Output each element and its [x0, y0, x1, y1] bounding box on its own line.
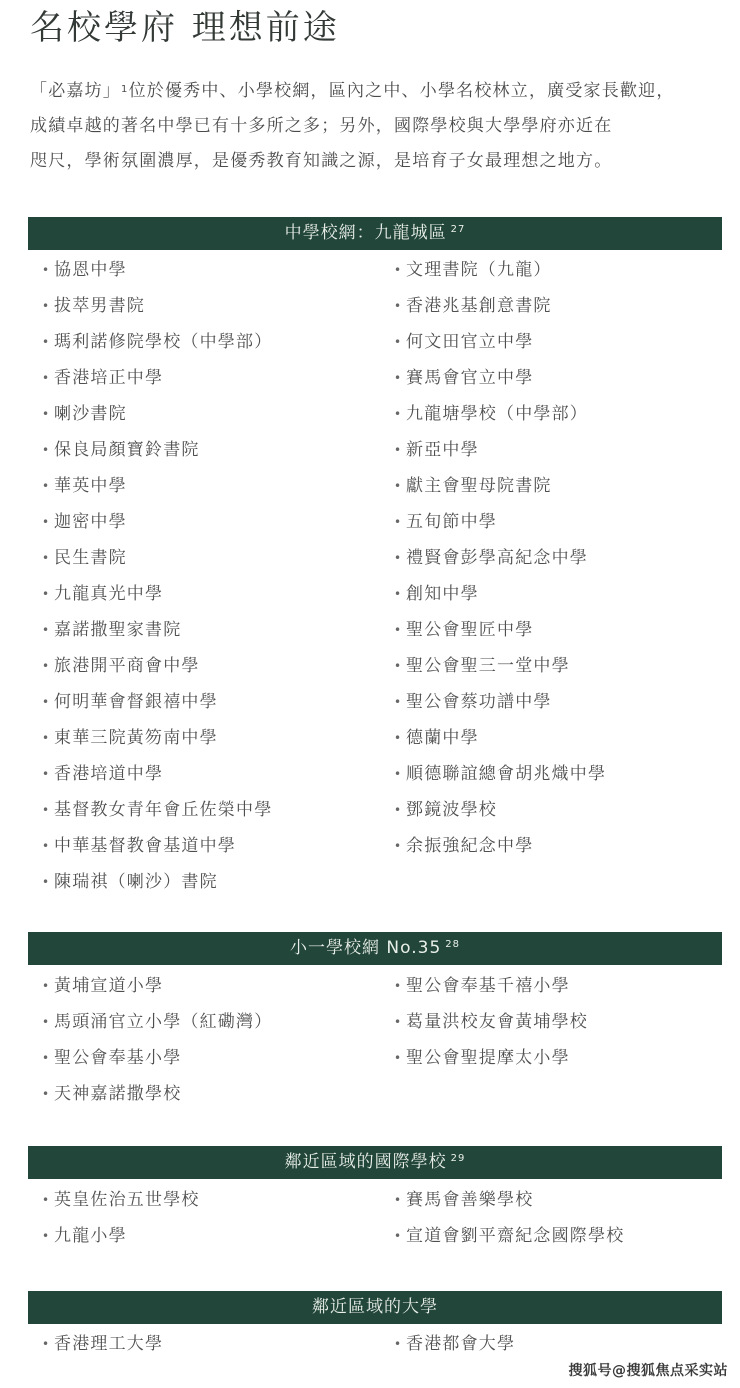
section-title: 中學校網：九龍城區	[285, 223, 447, 243]
bullet-icon: •	[42, 684, 54, 720]
list-item: •禮賢會彭學高紀念中學	[394, 540, 588, 576]
list-item: •馬頭涌官立小學（紅磡灣）	[42, 1004, 272, 1040]
list-item: •香港培道中學	[42, 756, 163, 792]
bullet-icon: •	[394, 828, 406, 864]
list-item: •英皇佐治五世學校	[42, 1182, 200, 1218]
school-name: 馬頭涌官立小學（紅磡灣）	[54, 1012, 272, 1032]
intro-paragraph: 「必嘉坊」1位於優秀中、小學校網，區內之中、小學名校林立，廣受家長歡迎， 成績卓…	[30, 74, 730, 179]
list-item: •華英中學	[42, 468, 127, 504]
school-name: 迦密中學	[54, 512, 127, 532]
list-item: •瑪利諾修院學校（中學部）	[42, 324, 272, 360]
bullet-icon: •	[394, 1040, 406, 1076]
list-item: •保良局顏寶鈴書院	[42, 432, 200, 468]
school-name: 聖公會奉基小學	[54, 1048, 181, 1068]
list-item: •民生書院	[42, 540, 127, 576]
list-item: •香港培正中學	[42, 360, 163, 396]
school-name: 賽馬會善樂學校	[406, 1190, 533, 1210]
bullet-icon: •	[42, 1040, 54, 1076]
section-header-secondary-schools: 中學校網：九龍城區27	[28, 217, 722, 250]
list-item: •黃埔宣道小學	[42, 968, 163, 1004]
bullet-icon: •	[394, 968, 406, 1004]
footnote-ref: 28	[445, 939, 460, 950]
bullet-icon: •	[394, 540, 406, 576]
school-name: 聖公會聖提摩太小學	[406, 1048, 570, 1068]
bullet-icon: •	[394, 792, 406, 828]
list-item: •賽馬會官立中學	[394, 360, 533, 396]
bullet-icon: •	[42, 504, 54, 540]
school-name: 拔萃男書院	[54, 296, 145, 316]
list-item: •嘉諾撒聖家書院	[42, 612, 181, 648]
intro-line-1: 「必嘉坊」1位於優秀中、小學校網，區內之中、小學名校林立，廣受家長歡迎，	[30, 74, 730, 109]
school-name: 新亞中學	[406, 440, 479, 460]
list-item: •喇沙書院	[42, 396, 127, 432]
bullet-icon: •	[394, 432, 406, 468]
list-item: •聖公會蔡功譜中學	[394, 684, 552, 720]
bullet-icon: •	[42, 468, 54, 504]
school-name: 順德聯誼總會胡兆熾中學	[406, 764, 606, 784]
school-name: 宣道會劉平齋紀念國際學校	[406, 1226, 624, 1246]
bullet-icon: •	[394, 396, 406, 432]
school-name: 瑪利諾修院學校（中學部）	[54, 332, 272, 352]
bullet-icon: •	[394, 720, 406, 756]
list-item: •天神嘉諾撒學校	[42, 1076, 181, 1112]
school-name: 德蘭中學	[406, 728, 479, 748]
bullet-icon: •	[42, 540, 54, 576]
bullet-icon: •	[394, 504, 406, 540]
school-name: 余振強紀念中學	[406, 836, 533, 856]
bullet-icon: •	[42, 720, 54, 756]
footnote-ref: 27	[451, 224, 466, 235]
watermark: 搜狐号@搜狐焦点采实站	[569, 1360, 729, 1380]
section-title: 鄰近區域的大學	[312, 1297, 438, 1317]
list-item: •順德聯誼總會胡兆熾中學	[394, 756, 606, 792]
school-name: 何文田官立中學	[406, 332, 533, 352]
school-name: 民生書院	[54, 548, 127, 568]
list-item: •迦密中學	[42, 504, 127, 540]
bullet-icon: •	[42, 968, 54, 1004]
school-name: 獻主會聖母院書院	[406, 476, 552, 496]
list-item: •創知中學	[394, 576, 479, 612]
bullet-icon: •	[42, 396, 54, 432]
list-item: •賽馬會善樂學校	[394, 1182, 533, 1218]
school-name: 創知中學	[406, 584, 479, 604]
bullet-icon: •	[42, 1076, 54, 1112]
school-name: 保良局顏寶鈴書院	[54, 440, 200, 460]
list-item: •香港理工大學	[42, 1326, 163, 1362]
school-name: 九龍真光中學	[54, 584, 163, 604]
bullet-icon: •	[42, 756, 54, 792]
bullet-icon: •	[42, 1182, 54, 1218]
bullet-icon: •	[394, 1182, 406, 1218]
school-name: 天神嘉諾撒學校	[54, 1084, 181, 1104]
bullet-icon: •	[42, 576, 54, 612]
bullet-icon: •	[42, 648, 54, 684]
school-name: 葛量洪校友會黃埔學校	[406, 1012, 588, 1032]
bullet-icon: •	[394, 576, 406, 612]
section-header-primary-schools: 小一學校網 No.3528	[28, 932, 722, 965]
bullet-icon: •	[394, 360, 406, 396]
school-name: 九龍塘學校（中學部）	[406, 404, 588, 424]
school-name: 中華基督教會基道中學	[54, 836, 236, 856]
intro-line-2: 成績卓越的著名中學已有十多所之多；另外，國際學校與大學學府亦近在	[30, 109, 730, 144]
list-item: •新亞中學	[394, 432, 479, 468]
list-item: •聖公會奉基千禧小學	[394, 968, 570, 1004]
list-item: •香港都會大學	[394, 1326, 515, 1362]
list-item: •基督教女青年會丘佐榮中學	[42, 792, 272, 828]
bullet-icon: •	[394, 1004, 406, 1040]
bullet-icon: •	[42, 432, 54, 468]
list-item: •九龍真光中學	[42, 576, 163, 612]
bullet-icon: •	[42, 828, 54, 864]
list-item: •何明華會督銀禧中學	[42, 684, 218, 720]
school-name: 文理書院（九龍）	[406, 260, 552, 280]
school-name: 香港培正中學	[54, 368, 163, 388]
bullet-icon: •	[394, 1326, 406, 1362]
list-item: •九龍小學	[42, 1218, 127, 1254]
list-item: •香港兆基創意書院	[394, 288, 552, 324]
bullet-icon: •	[42, 864, 54, 900]
school-name: 五旬節中學	[406, 512, 497, 532]
bullet-icon: •	[394, 612, 406, 648]
list-item: •何文田官立中學	[394, 324, 533, 360]
list-item: •中華基督教會基道中學	[42, 828, 236, 864]
list-item: •拔萃男書院	[42, 288, 145, 324]
bullet-icon: •	[42, 360, 54, 396]
list-item: •協恩中學	[42, 252, 127, 288]
intro-text: 位於優秀中、小學校網，區內之中、小學名校林立，廣受家長歡迎，	[129, 81, 675, 101]
school-name: 香港理工大學	[54, 1334, 163, 1354]
list-item: •九龍塘學校（中學部）	[394, 396, 588, 432]
intro-line-3: 咫尺，學術氛圍濃厚，是優秀教育知識之源，是培育子女最理想之地方。	[30, 144, 730, 179]
bullet-icon: •	[42, 1004, 54, 1040]
school-name: 陳瑞祺（喇沙）書院	[54, 872, 218, 892]
section-header-universities: 鄰近區域的大學	[28, 1291, 722, 1324]
school-name: 香港都會大學	[406, 1334, 515, 1354]
section-title: 小一學校網 No.35	[290, 938, 441, 958]
list-item: •文理書院（九龍）	[394, 252, 552, 288]
school-name: 東華三院黃笏南中學	[54, 728, 218, 748]
project-name: 「必嘉坊」	[30, 81, 121, 101]
list-item: •聖公會奉基小學	[42, 1040, 181, 1076]
school-name: 旅港開平商會中學	[54, 656, 200, 676]
list-item: •德蘭中學	[394, 720, 479, 756]
list-item: •五旬節中學	[394, 504, 497, 540]
bullet-icon: •	[42, 288, 54, 324]
list-item: •葛量洪校友會黃埔學校	[394, 1004, 588, 1040]
school-name: 聖公會聖三一堂中學	[406, 656, 570, 676]
bullet-icon: •	[394, 756, 406, 792]
footnote-ref: 1	[121, 84, 129, 95]
school-name: 何明華會督銀禧中學	[54, 692, 218, 712]
list-item: •余振強紀念中學	[394, 828, 533, 864]
school-name: 賽馬會官立中學	[406, 368, 533, 388]
school-name: 香港培道中學	[54, 764, 163, 784]
bullet-icon: •	[42, 252, 54, 288]
bullet-icon: •	[42, 1326, 54, 1362]
school-name: 喇沙書院	[54, 404, 127, 424]
page-title: 名校學府 理想前途	[30, 6, 340, 50]
list-item: •鄧鏡波學校	[394, 792, 497, 828]
bullet-icon: •	[394, 468, 406, 504]
list-item: •聖公會聖提摩太小學	[394, 1040, 570, 1076]
school-name: 九龍小學	[54, 1226, 127, 1246]
school-name: 鄧鏡波學校	[406, 800, 497, 820]
school-name: 禮賢會彭學高紀念中學	[406, 548, 588, 568]
list-item: •旅港開平商會中學	[42, 648, 200, 684]
list-item: •東華三院黃笏南中學	[42, 720, 218, 756]
section-title: 鄰近區域的國際學校	[285, 1152, 447, 1172]
bullet-icon: •	[394, 252, 406, 288]
footnote-ref: 29	[451, 1153, 466, 1164]
school-name: 華英中學	[54, 476, 127, 496]
list-item: •獻主會聖母院書院	[394, 468, 552, 504]
bullet-icon: •	[394, 648, 406, 684]
section-header-international-schools: 鄰近區域的國際學校29	[28, 1146, 722, 1179]
bullet-icon: •	[394, 324, 406, 360]
bullet-icon: •	[42, 612, 54, 648]
bullet-icon: •	[42, 1218, 54, 1254]
school-name: 基督教女青年會丘佐榮中學	[54, 800, 272, 820]
school-name: 嘉諾撒聖家書院	[54, 620, 181, 640]
bullet-icon: •	[394, 1218, 406, 1254]
list-item: •陳瑞祺（喇沙）書院	[42, 864, 218, 900]
bullet-icon: •	[42, 792, 54, 828]
list-item: •宣道會劉平齋紀念國際學校	[394, 1218, 624, 1254]
bullet-icon: •	[42, 324, 54, 360]
list-item: •聖公會聖匠中學	[394, 612, 533, 648]
bullet-icon: •	[394, 288, 406, 324]
bullet-icon: •	[394, 684, 406, 720]
list-item: •聖公會聖三一堂中學	[394, 648, 570, 684]
school-name: 聖公會聖匠中學	[406, 620, 533, 640]
school-name: 聖公會奉基千禧小學	[406, 976, 570, 996]
school-name: 黃埔宣道小學	[54, 976, 163, 996]
school-name: 英皇佐治五世學校	[54, 1190, 200, 1210]
school-name: 香港兆基創意書院	[406, 296, 552, 316]
school-name: 協恩中學	[54, 260, 127, 280]
school-name: 聖公會蔡功譜中學	[406, 692, 552, 712]
